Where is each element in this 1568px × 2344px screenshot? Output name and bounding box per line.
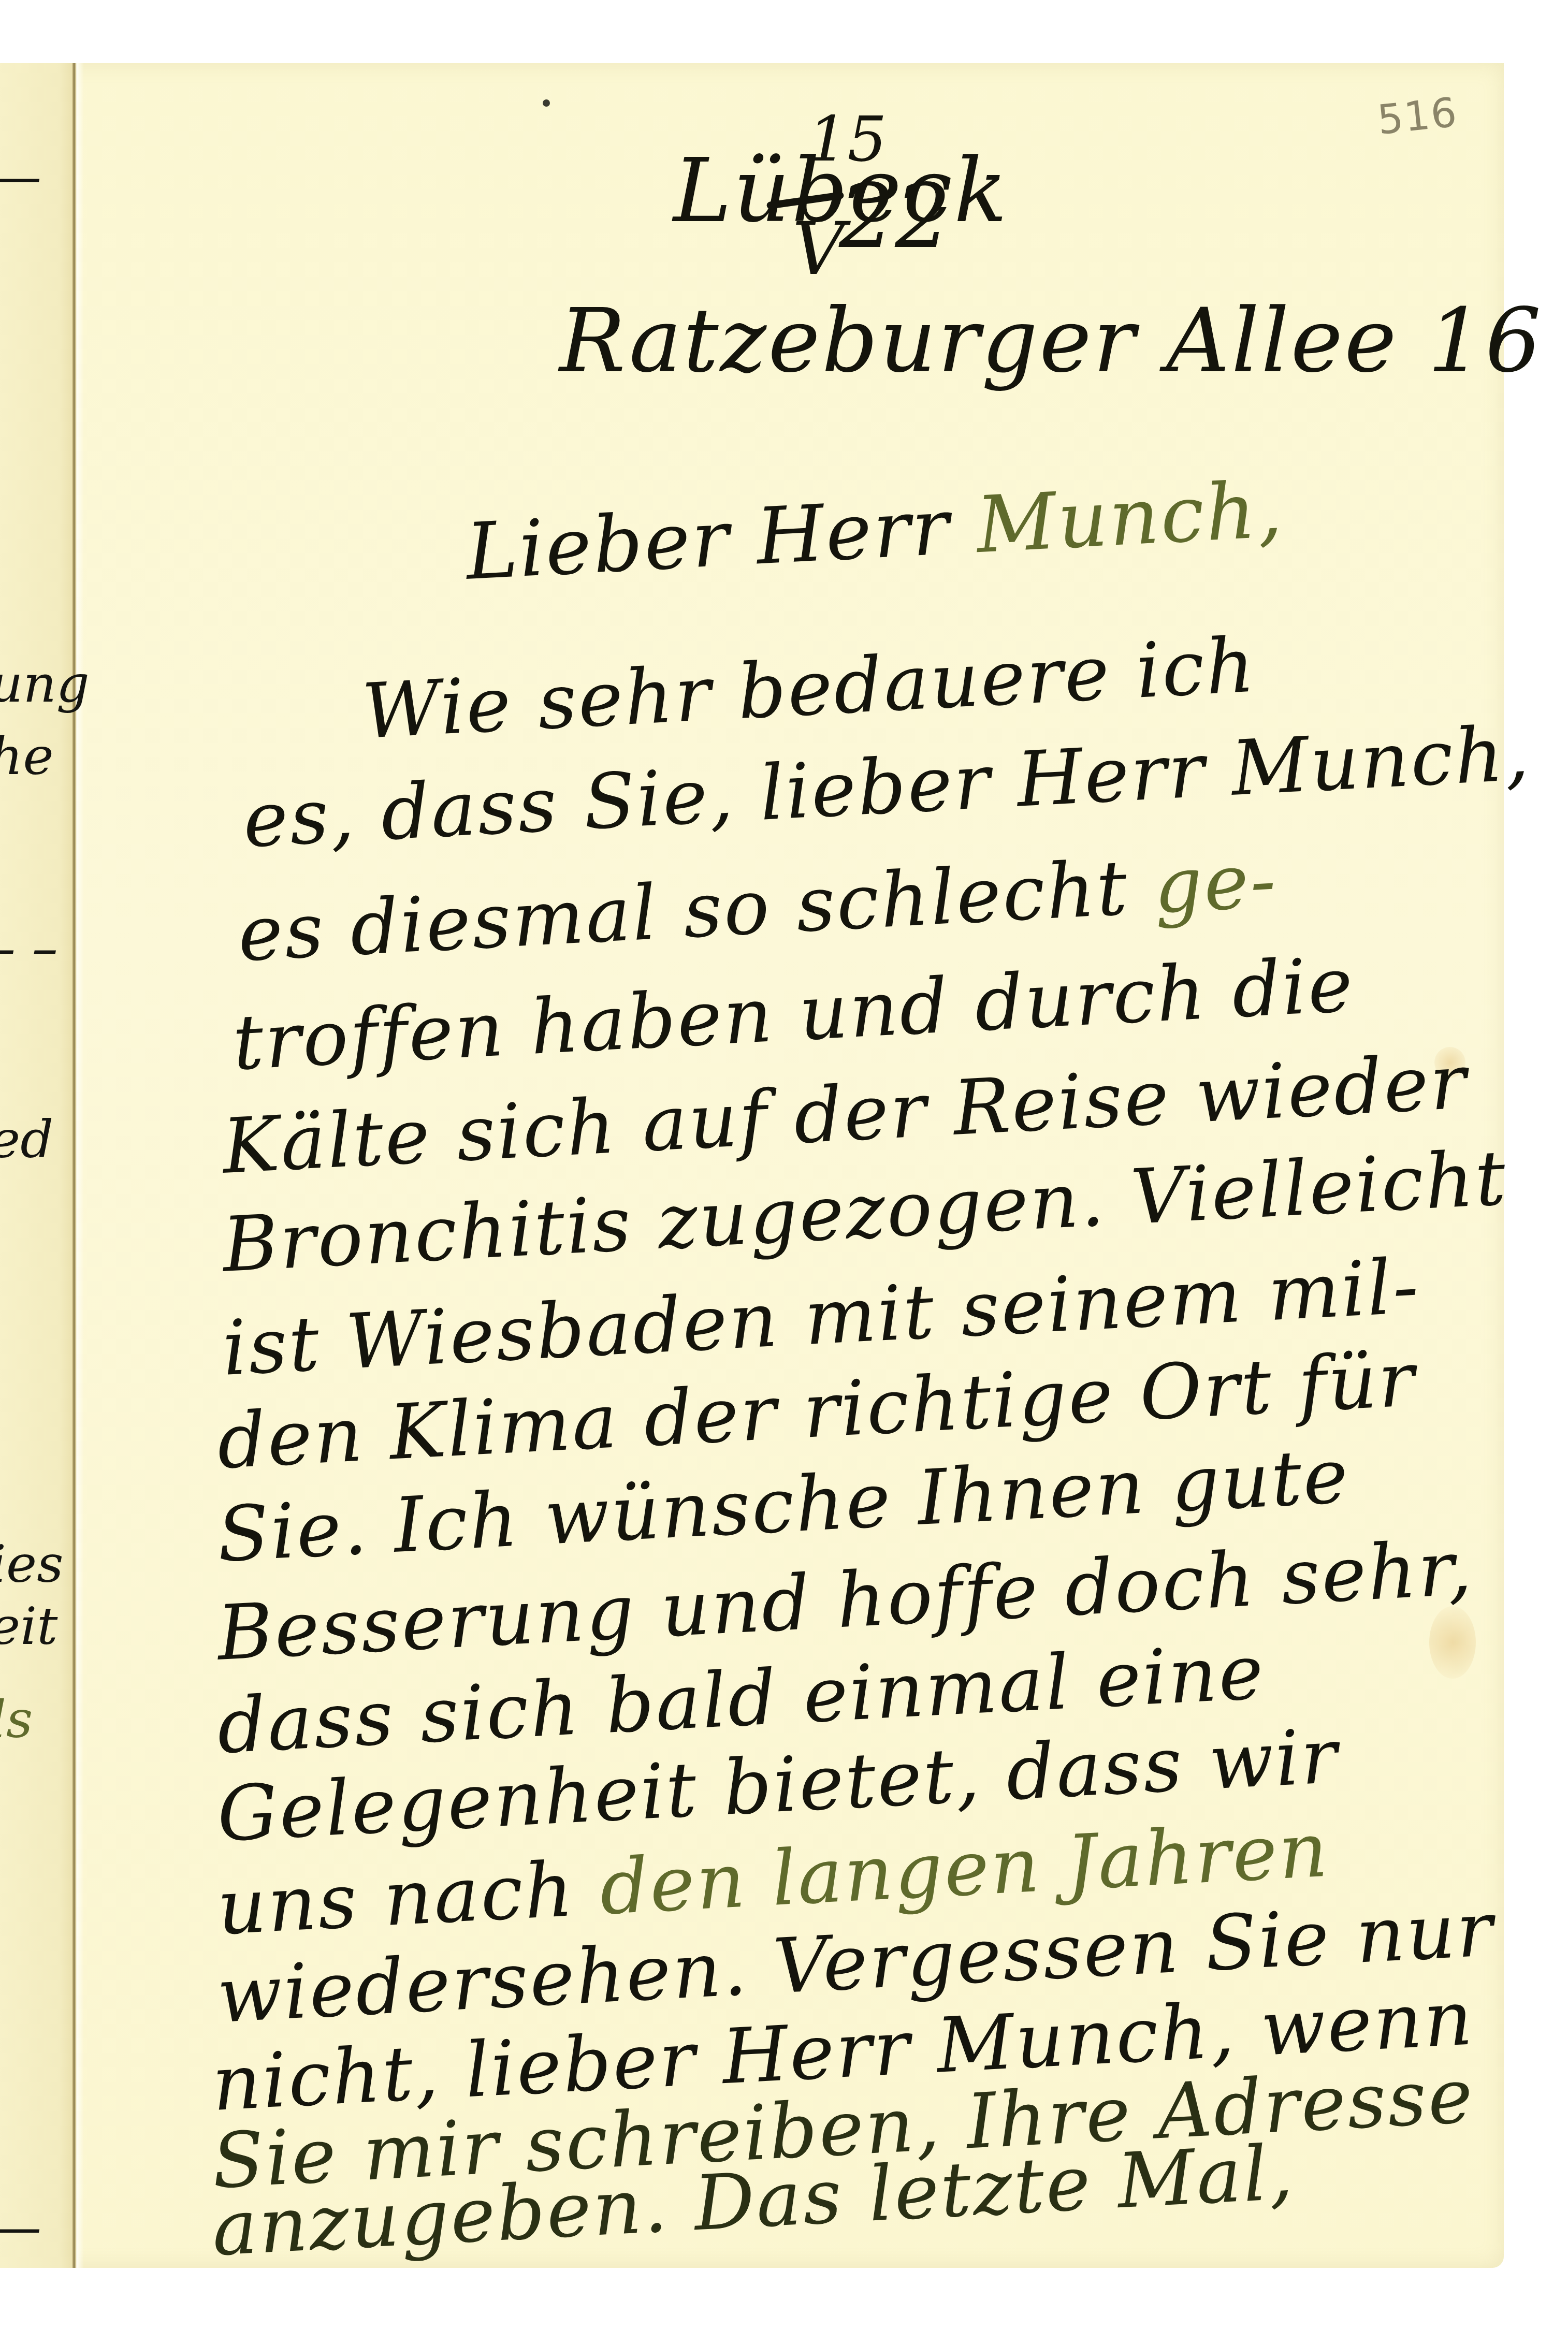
prev-page-fragment: ls (0, 1689, 33, 1750)
prev-page-fragment: – – (0, 918, 58, 978)
prev-page-fragment: — (0, 2196, 41, 2257)
recipient-name: Munch, (974, 464, 1285, 571)
prev-page-fragment: — (0, 146, 41, 207)
ink-dot (543, 99, 550, 107)
street-address: Ratzeburger Allee 16 (559, 290, 1543, 392)
paper-fold-crease (72, 63, 77, 2268)
prev-page-fragment: ung (0, 653, 90, 714)
paper-stain (1429, 1606, 1476, 1679)
prev-page-fragment: ed (0, 1109, 53, 1170)
prev-page-fragment: ies (0, 1534, 63, 1594)
prev-page-fragment: he (0, 726, 54, 787)
date-month: V (792, 207, 845, 292)
archive-number: 516 (1375, 89, 1460, 144)
prev-page-fragment: eit (0, 1596, 57, 1656)
date-year: 22 (839, 166, 951, 268)
date-day: 15 (808, 104, 887, 176)
fold-highlight (77, 63, 84, 2268)
